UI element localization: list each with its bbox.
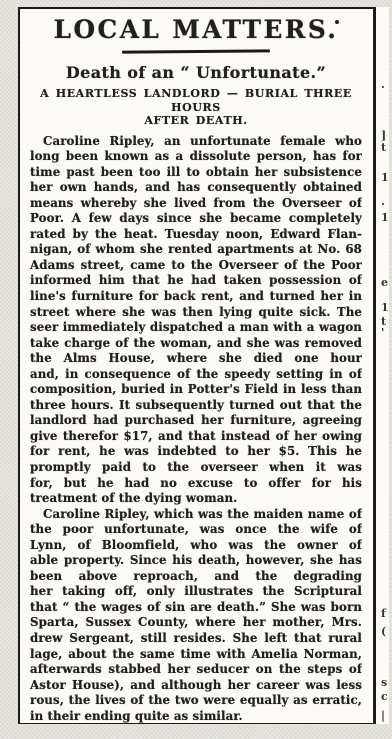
article-line: Poor. A few days since she became comple… (30, 211, 362, 227)
article-line: street where she was then lying quite si… (30, 305, 362, 321)
article-line: means whereby she lived from the Oversee… (30, 196, 362, 212)
margin-fragment-glyph: ( (381, 626, 386, 637)
article-line: landlord had purchased her furniture, ag… (30, 413, 362, 429)
margin-fragment-glyph: ] (381, 130, 386, 141)
article-line: able property. Since his death, however,… (30, 553, 362, 569)
article-line: Sparta, Sussex County, where her mother,… (30, 615, 362, 631)
scan-margin-bottom (0, 724, 392, 739)
subheadline-line-1: A HEARTLESS LANDLORD — BURIAL THREE HOUR… (30, 87, 362, 114)
margin-fragment-glyph: 1 (381, 212, 389, 223)
article-line: nigan, of whom she rented apartments at … (30, 242, 362, 258)
scan-margin-top (0, 0, 392, 7)
article-line: her taking off, only illustrates the Scr… (30, 584, 362, 600)
article-line: drew Sergeant, still resides. She left t… (30, 631, 362, 647)
article-line: three hours. It subsequently turned out … (30, 398, 362, 414)
article-line: composition, buried in Potter's Field in… (30, 382, 362, 398)
scan-margin-left (0, 0, 18, 739)
article-line: and, in consequence of the speedy settin… (30, 367, 362, 383)
column-rule (373, 0, 376, 727)
column-masthead: LOCAL MATTERS. (32, 16, 361, 44)
frame-border-left (18, 7, 20, 725)
article-line: her own hands, and has consequently obta… (30, 180, 362, 196)
article-line: Caroline Ripley, which was the maiden na… (30, 507, 362, 523)
subheadline-line-2: AFTER DEATH. (30, 114, 362, 128)
margin-fragment-glyph: e (381, 277, 388, 288)
article-line: that “ the wages of sin are death.” She … (30, 600, 362, 616)
masthead-divider (122, 49, 270, 53)
article-line: afterwards stabbed her seducer on the st… (30, 662, 362, 678)
article-line: time past been too ill to obtain her sub… (30, 165, 362, 181)
margin-fragment-glyph: | (381, 710, 385, 721)
newspaper-scan: LOCAL MATTERS. Death of an “ Unfortunate… (0, 0, 392, 739)
article-line: informed him that he had taken possessio… (30, 273, 362, 289)
frame-border-top (18, 7, 375, 9)
article-body: Caroline Ripley, an unfortunate female w… (30, 134, 362, 725)
article-line: for rent, he was indebted to her $5. Thi… (30, 444, 362, 460)
article-line: the poor unfortunate, was once the wife … (30, 522, 362, 538)
margin-fragment-glyph: 1 (381, 302, 389, 313)
article-subheadline: A HEARTLESS LANDLORD — BURIAL THREE HOUR… (30, 87, 362, 128)
margin-fragment-glyph: s (381, 677, 387, 688)
article-headline: Death of an “ Unfortunate.” (30, 63, 362, 83)
article-line: line's furniture for back rent, and turn… (30, 289, 362, 305)
article-line: been above reproach, and the degrading c… (30, 569, 362, 585)
article-line: rous, the lives of the two were equally … (30, 693, 362, 709)
margin-fragment-glyph: ' (381, 327, 384, 338)
article-line: Caroline Ripley, an unfortunate female w… (30, 134, 362, 150)
article-line: give therefor $17, and that instead of h… (30, 429, 362, 445)
article-line: Astor House), and although her career wa… (30, 678, 362, 694)
article-line: the Alms House, where she died one hour … (30, 351, 362, 367)
margin-fragments: ·]t1·1e1t'f(sc|rt (380, 0, 392, 739)
article-line: long been known as a dissolute person, h… (30, 149, 362, 165)
article-line: in their ending quite as similar. (30, 709, 362, 725)
article-column: LOCAL MATTERS. Death of an “ Unfortunate… (30, 16, 362, 731)
article-line: take charge of the woman, and she was re… (30, 336, 362, 352)
article-line: lage, about the same time with Amelia No… (30, 647, 362, 663)
margin-fragment-glyph: · (381, 199, 385, 210)
margin-fragment-glyph: c (381, 691, 388, 702)
margin-fragment-glyph: t (381, 142, 386, 153)
margin-fragment-glyph: 1 (381, 172, 389, 183)
article-line: treatment of the dying woman. (30, 491, 362, 507)
article-line: for, but he had no excuse to offer for h… (30, 476, 362, 492)
article-line: promptly paid to the overseer when it wa… (30, 460, 362, 476)
margin-fragment-glyph: · (381, 82, 385, 93)
article-line: rated by the heat. Tuesday noon, Edward … (30, 227, 362, 243)
article-line: seer immediately dispatched a man with a… (30, 320, 362, 336)
article-line: Lynn, of Bloomfield, who was the owner o… (30, 538, 362, 554)
article-line: Adams street, came to the Overseer of th… (30, 258, 362, 274)
margin-fragment-glyph: f (381, 608, 386, 619)
